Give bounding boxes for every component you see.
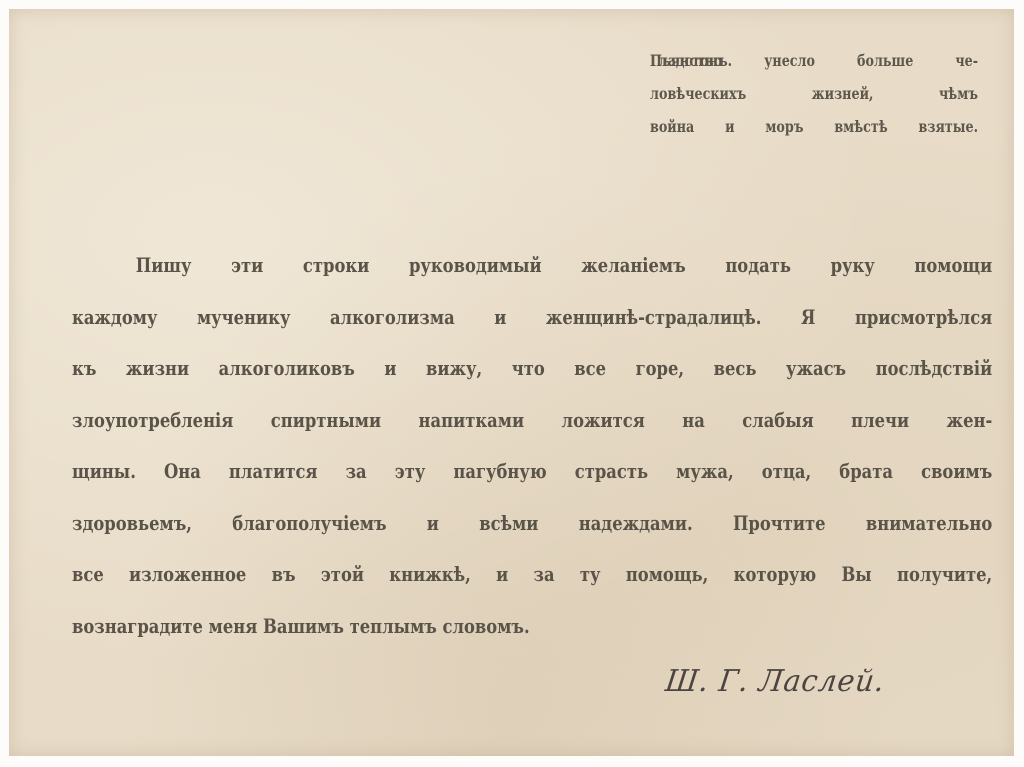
body-line: къ жизни алкоголиковъ и вижу, что все го… [72, 343, 992, 395]
body-line: каждому мученику алкоголизма и женщинѣ-с… [72, 292, 992, 344]
epigraph-line: ловѣческихъ жизней, чѣмъ [650, 77, 978, 110]
epigraph-author: Гладстонъ. [650, 44, 925, 77]
body-paragraph: Пишу эти строки руководимый желаніемъ по… [72, 240, 1024, 652]
body-line: вознаградите меня Вашимъ теплымъ словомъ… [72, 601, 992, 653]
epigraph-line: война и моръ вмѣстѣ взятые. [650, 110, 978, 143]
body-line: злоупотребленія спиртными напитками ложи… [72, 395, 992, 447]
body-line: щины. Она платится за эту пагубную страс… [72, 446, 992, 498]
body-line: Пишу эти строки руководимый желаніемъ по… [72, 240, 992, 292]
body-line: здоровьемъ, благополучіемъ и всѣми надеж… [72, 498, 992, 550]
body-line: все изложенное въ этой книжкѣ, и за ту п… [72, 549, 992, 601]
handwritten-signature: Ш. Г. Ласлей. [663, 664, 887, 699]
